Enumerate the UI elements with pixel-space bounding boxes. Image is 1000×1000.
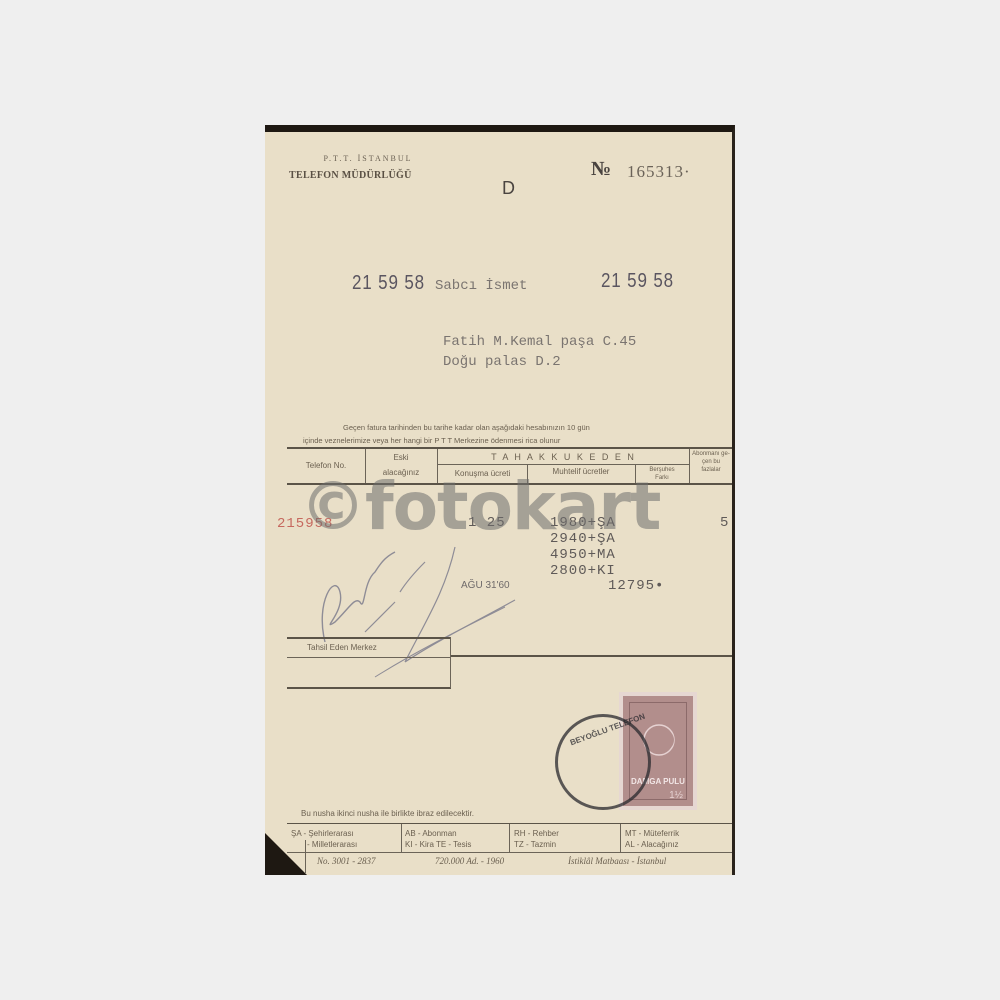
collection-label: Tahsil Eden Merkez	[307, 643, 377, 652]
table-top-rule	[287, 447, 732, 449]
subscriber-name: Sabcı İsmet	[435, 278, 527, 294]
phone-number-right: 21 59 58	[601, 270, 674, 293]
footer-note: Bu nusha ikinci nusha ile birlikte ibraz…	[301, 809, 474, 818]
header-abone-3: fazlalar	[689, 466, 733, 474]
print-quantity: 720.000 Ad. - 1960	[435, 856, 504, 866]
header-tahakkuk-eden: T A H A K K U K E D E N	[438, 452, 689, 462]
phone-number-left: 21 59 58	[352, 272, 425, 295]
notice-line-1: Geçen fatura tarihinden bu tarihe kadar …	[343, 421, 590, 434]
footer-divider	[509, 824, 510, 852]
header-abone-2: çen bu	[689, 458, 733, 466]
legend-ki-te: KI - Kira TE - Tesis	[405, 839, 471, 850]
invoice-number: 165313·	[627, 162, 691, 182]
footer-rule-mid	[287, 852, 732, 853]
postmark-text: BEYOĞLU TELEFON	[569, 712, 646, 748]
footer-divider	[620, 824, 621, 852]
collection-box-mid	[287, 657, 451, 658]
legend-group-4: MT - Müteferrik AL - Alacağınız	[625, 828, 679, 850]
legend-mt: MT - Müteferrik	[625, 828, 679, 839]
torn-corner	[265, 833, 307, 875]
watermark: ©fotokart	[300, 468, 660, 545]
legend-rh: RH - Rehber	[514, 828, 559, 839]
legend-ab: AB - Abonman	[405, 828, 471, 839]
legend-group-3: RH - Rehber TZ - Tazmin	[514, 828, 559, 850]
subheader-rule	[438, 464, 689, 465]
header-abone-1: Abonmanı ge-	[689, 450, 733, 458]
notice-line-2: içinde veznelerimize veya her hangi bir …	[303, 434, 560, 447]
header-eski-1: Eski	[365, 453, 437, 463]
address-line-1: Fatih M.Kemal paşa C.45	[443, 334, 636, 350]
series-code: D	[502, 178, 515, 199]
row-total: 12795•	[608, 578, 664, 594]
address-line-2: Doğu palas D.2	[443, 354, 561, 370]
footer-divider	[401, 824, 402, 852]
legend-group-2: AB - Abonman KI - Kira TE - Tesis	[405, 828, 471, 850]
print-number: No. 3001 - 2837	[317, 856, 376, 866]
collection-box-top	[287, 637, 451, 639]
row-muhtelif-4: 2800+KI	[550, 563, 616, 579]
postmark: BEYOĞLU TELEFON	[555, 714, 651, 810]
legend-tz: TZ - Tazmin	[514, 839, 559, 850]
org-line-1: P.T.T. İSTANBUL	[293, 154, 443, 163]
row-last-col: 5	[720, 515, 729, 531]
header-abone: Abonmanı ge- çen bu fazlalar	[689, 450, 733, 474]
collection-box-right	[450, 637, 451, 688]
stamp-value: 1½	[669, 790, 683, 801]
collection-rule	[451, 655, 732, 657]
collection-box-bottom	[287, 687, 451, 689]
number-label: №	[591, 158, 611, 181]
legend-al: AL - Alacağınız	[625, 839, 679, 850]
org-line-2: TELEFON MÜDÜRLÜĞÜ	[289, 170, 412, 181]
printer-name: İstiklâl Matbaası - İstanbul	[568, 856, 666, 866]
row-muhtelif-3: 4950+MA	[550, 547, 616, 563]
